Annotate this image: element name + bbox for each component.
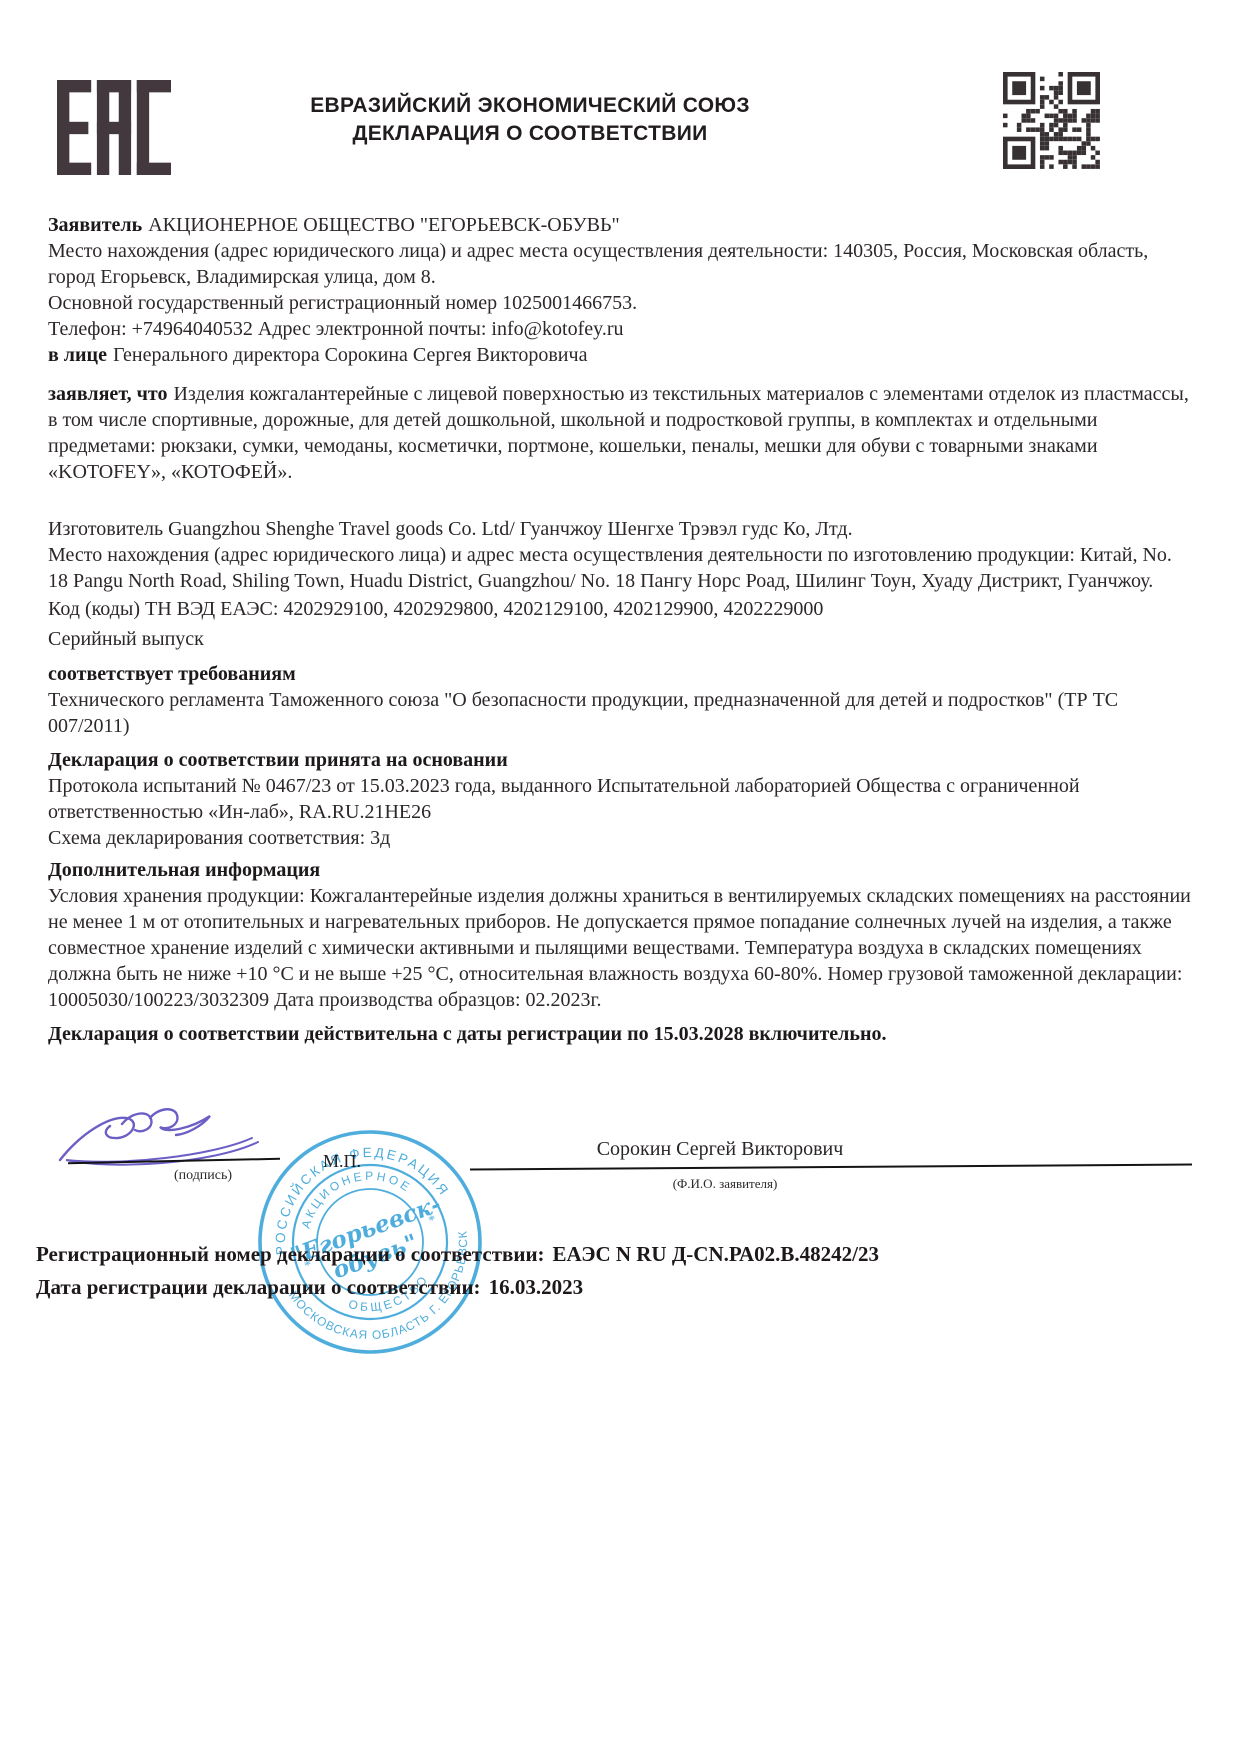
fio-line — [470, 1163, 1192, 1170]
declares-label: заявляет, что — [48, 383, 167, 405]
applicant-fio: Сорокин Сергей Викторович — [590, 1138, 850, 1161]
signature-ink — [52, 1102, 264, 1178]
registration-number-value: ЕАЭС N RU Д-CN.РА02.В.48242/23 — [553, 1242, 879, 1266]
product-declaration: заявляет, чтоИзделия кожгалантерейные с … — [48, 381, 1196, 485]
title-line-2: ДЕКЛАРАЦИЯ О СООТВЕТСТВИИ — [230, 120, 830, 148]
validity-line: Декларация о соответствии действительна … — [48, 1021, 1196, 1047]
fio-caption: (Ф.И.О. заявителя) — [635, 1176, 815, 1192]
applicant-label: Заявитель — [48, 214, 142, 236]
registration-number-line: Регистрационный номер декларации о соотв… — [36, 1242, 879, 1267]
page-title: ЕВРАЗИЙСКИЙ ЭКОНОМИЧЕСКИЙ СОЮЗ ДЕКЛАРАЦИ… — [230, 92, 830, 148]
manufacturer-line: Изготовитель Guangzhou Shenghe Travel go… — [48, 516, 1196, 542]
additional-text: Условия хранения продукции: Кожгалантере… — [48, 883, 1196, 1013]
basis-heading: Декларация о соответствии принята на осн… — [48, 747, 1196, 773]
manufacturer-address: Место нахождения (адрес юридического лиц… — [48, 542, 1196, 594]
applicant-name: АКЦИОНЕРНОЕ ОБЩЕСТВО "ЕГОРЬЕВСК-ОБУВЬ" — [148, 214, 619, 236]
applicant-line: ЗаявительАКЦИОНЕРНОЕ ОБЩЕСТВО "ЕГОРЬЕВСК… — [48, 212, 1196, 238]
qr-code-icon — [1003, 72, 1100, 169]
declaration-document: ЕВРАЗИЙСКИЙ ЭКОНОМИЧЕСКИЙ СОЮЗ ДЕКЛАРАЦИ… — [0, 0, 1240, 1755]
registration-date-value: 16.03.2023 — [489, 1275, 584, 1299]
serial-issue: Серийный выпуск — [48, 626, 1196, 652]
manufacturer-label: Изготовитель — [48, 518, 163, 540]
representative-label: в лице — [48, 344, 107, 366]
applicant-ogrn: Основной государственный регистрационный… — [48, 290, 1196, 316]
document-body: ЗаявительАКЦИОНЕРНОЕ ОБЩЕСТВО "ЕГОРЬЕВСК… — [48, 212, 1196, 1047]
basis-scheme: Схема декларирования соответствия: 3д — [48, 825, 1196, 851]
registration-date-line: Дата регистрации декларации о соответств… — [36, 1275, 583, 1300]
applicant-address: Место нахождения (адрес юридического лиц… — [48, 238, 1196, 290]
title-line-1: ЕВРАЗИЙСКИЙ ЭКОНОМИЧЕСКИЙ СОЮЗ — [230, 92, 830, 120]
compliance-heading: соответствует требованиям — [48, 661, 1196, 687]
eac-logo-icon — [57, 78, 171, 177]
applicant-representative: в лицеГенерального директора Сорокина Се… — [48, 342, 1196, 368]
compliance-text: Технического регламента Таможенного союз… — [48, 687, 1196, 739]
additional-heading: Дополнительная информация — [48, 857, 1196, 883]
basis-protocol: Протокола испытаний № 0467/23 от 15.03.2… — [48, 773, 1196, 825]
applicant-contacts: Телефон: +74964040532 Адрес электронной … — [48, 316, 1196, 342]
tnved-codes: Код (коды) ТН ВЭД ЕАЭС: 4202929100, 4202… — [48, 596, 1196, 622]
signature-caption: (подпись) — [148, 1168, 258, 1184]
